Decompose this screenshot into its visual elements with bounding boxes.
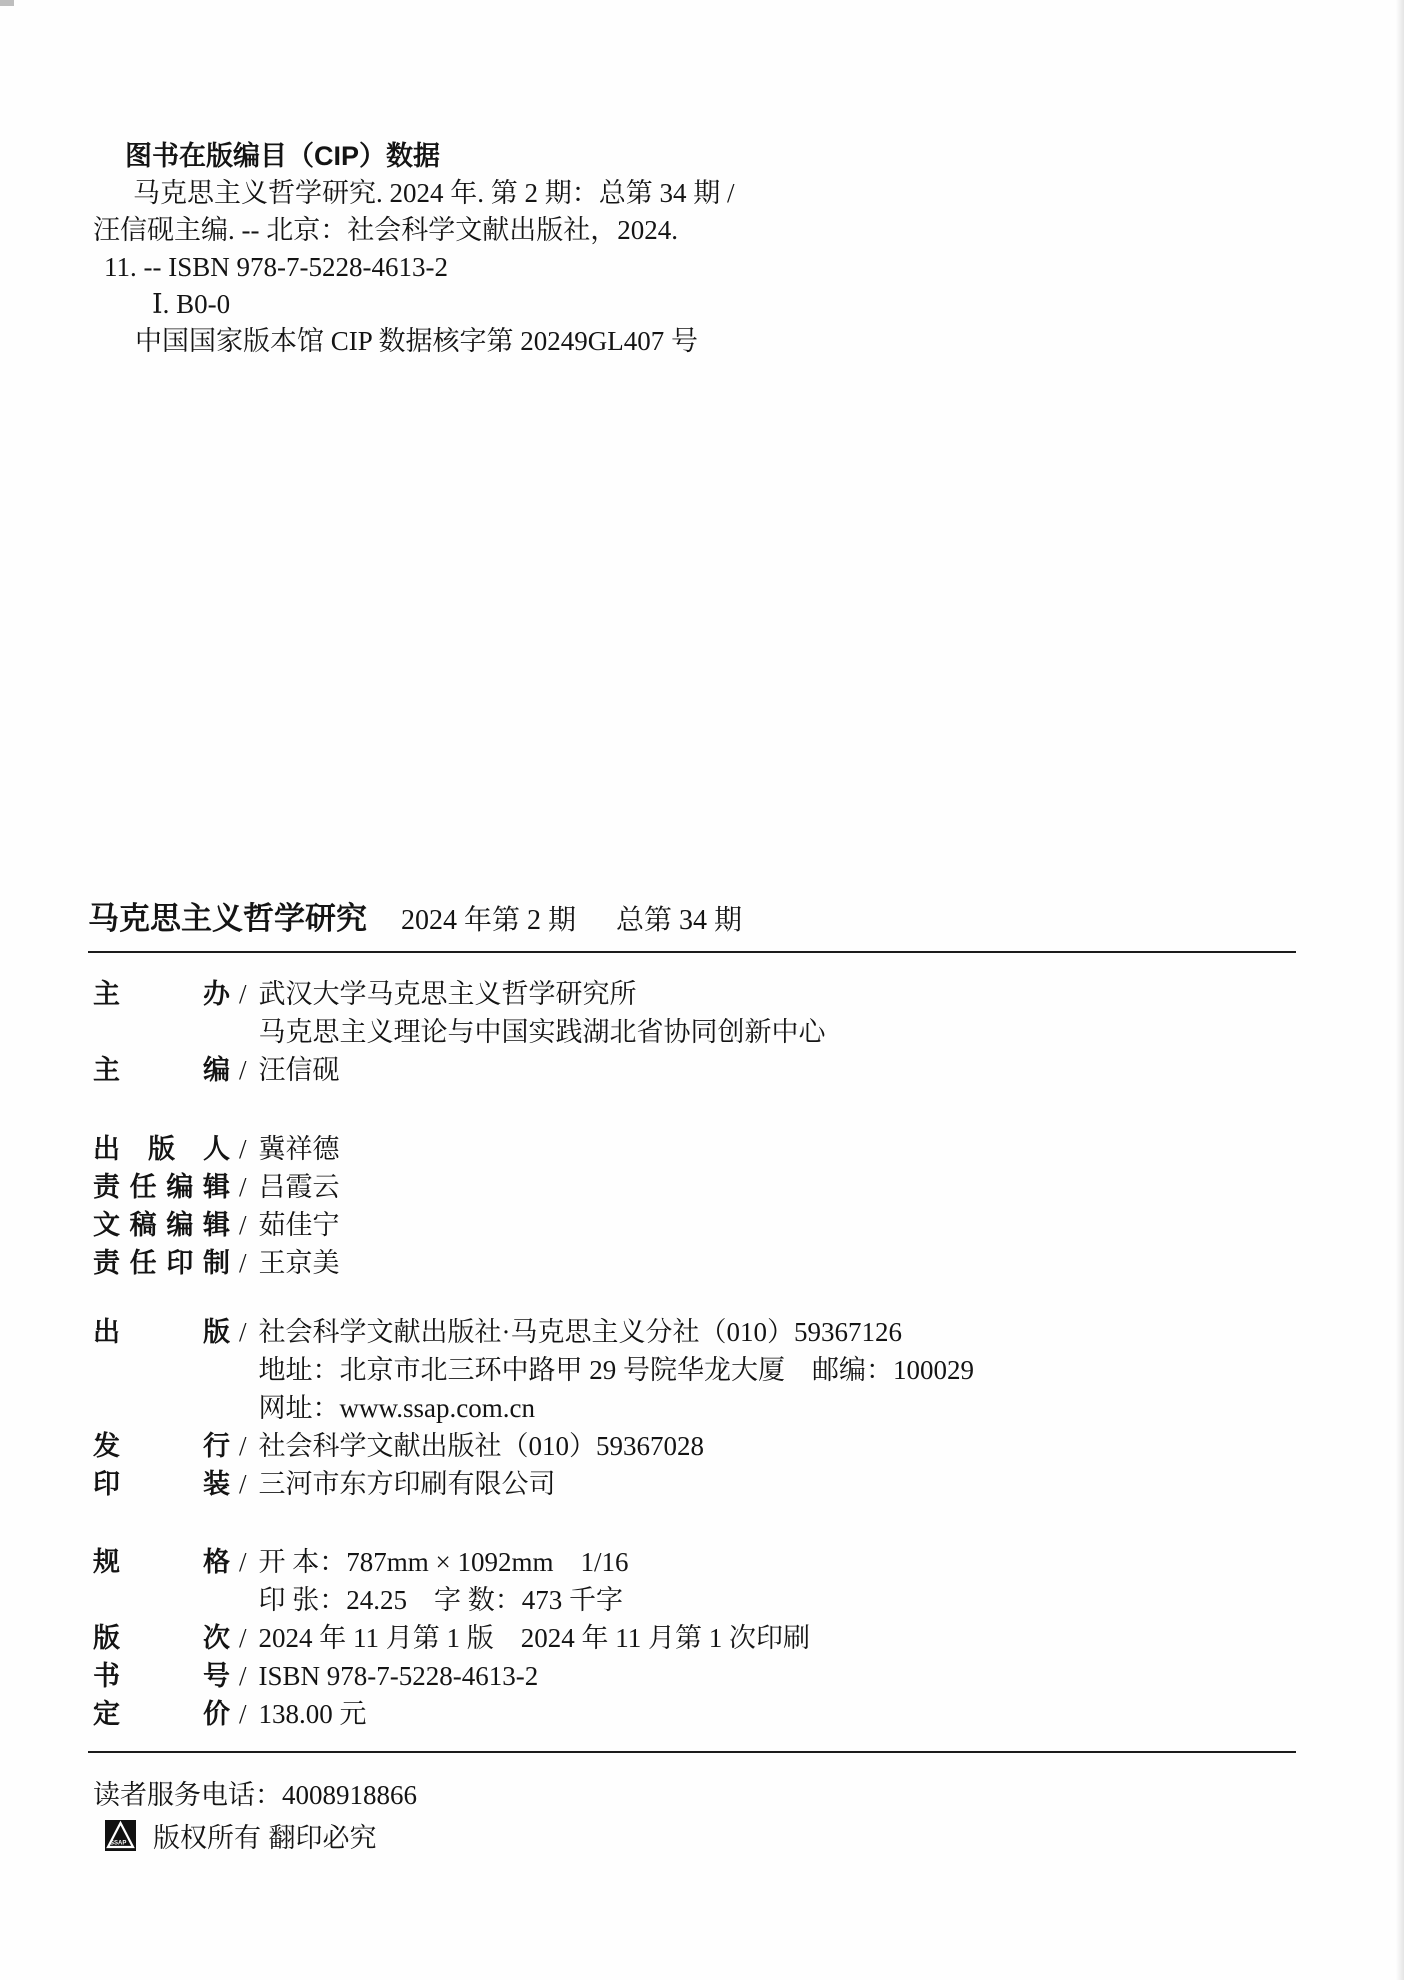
- row-publisher-person: 出版人 / 冀祥德: [93, 1130, 1303, 1168]
- row-price: 定价 / 138.00 元: [93, 1695, 1303, 1733]
- row-content: 吕霞云: [259, 1168, 340, 1206]
- row-label: 定价: [93, 1695, 230, 1733]
- label-separator: /: [239, 1244, 247, 1282]
- cip-title-line: 马克思主义哲学研究. 2024 年. 第 2 期：总第 34 期 /: [0, 175, 1404, 212]
- row-organizer: 主办 / 武汉大学马克思主义哲学研究所 马克思主义理论与中国实践湖北省协同创新中…: [93, 975, 1303, 1051]
- row-content: 三河市东方印刷有限公司: [259, 1465, 556, 1503]
- publisher-person-name: 冀祥德: [259, 1130, 340, 1168]
- publisher-website: 网址：www.ssap.com.cn: [259, 1389, 975, 1427]
- row-label: 主编: [93, 1051, 230, 1089]
- row-label: 版次: [93, 1619, 230, 1657]
- cip-block: 图书在版编目（CIP）数据 马克思主义哲学研究. 2024 年. 第 2 期：总…: [0, 138, 1404, 360]
- copyright-notice: 版权所有 翻印必究: [153, 1816, 377, 1855]
- label-separator: /: [239, 1206, 247, 1244]
- format-sheets-words: 印 张：24.25 字 数：473 千字: [259, 1581, 629, 1619]
- row-content: 开 本：787mm × 1092mm 1/16 印 张：24.25 字 数：47…: [259, 1543, 629, 1619]
- scan-corner-artifact: [0, 0, 14, 6]
- copyright-line: SSAP 版权所有 翻印必究: [105, 1816, 377, 1855]
- colophon-details: 主办 / 武汉大学马克思主义哲学研究所 马克思主义理论与中国实践湖北省协同创新中…: [93, 975, 1303, 1733]
- row-label: 责任印制: [93, 1244, 230, 1282]
- journal-issue: 2024 年第 2 期: [401, 905, 576, 936]
- organizer-line-1: 武汉大学马克思主义哲学研究所: [259, 975, 826, 1013]
- label-separator: /: [239, 1657, 247, 1695]
- row-label: 书号: [93, 1657, 230, 1695]
- cip-heading: 图书在版编目（CIP）数据: [0, 138, 1404, 175]
- label-separator: /: [239, 1130, 247, 1168]
- divider-top: [88, 951, 1296, 953]
- label-separator: /: [239, 1543, 247, 1581]
- row-publisher: 出版 / 社会科学文献出版社·马克思主义分社（010）59367126 地址：北…: [93, 1313, 1303, 1427]
- publisher-address: 地址：北京市北三环中路甲 29 号院华龙大厦 邮编：100029: [259, 1351, 975, 1389]
- cip-record-number-line: 中国国家版本馆 CIP 数据核字第 20249GL407 号: [0, 323, 1404, 360]
- cip-classification-line: Ⅰ. B0-0: [0, 286, 1404, 323]
- row-label: 责任编辑: [93, 1168, 230, 1206]
- publisher-name-phone: 社会科学文献出版社·马克思主义分社（010）59367126: [259, 1313, 975, 1351]
- row-copy-editor: 文稿编辑 / 茹佳宁: [93, 1206, 1303, 1244]
- format-size: 开 本：787mm × 1092mm 1/16: [259, 1543, 629, 1581]
- row-content: 社会科学文献出版社·马克思主义分社（010）59367126 地址：北京市北三环…: [259, 1313, 975, 1427]
- label-separator: /: [239, 1695, 247, 1733]
- isbn-number: ISBN 978-7-5228-4613-2: [259, 1657, 539, 1695]
- price-value: 138.00 元: [259, 1695, 367, 1733]
- journal-volume: 总第 34 期: [616, 905, 742, 936]
- row-print-supervisor: 责任印制 / 王京美: [93, 1244, 1303, 1282]
- print-supervisor-name: 王京美: [259, 1244, 340, 1282]
- row-content: 138.00 元: [259, 1695, 367, 1733]
- row-content: 2024 年 11 月第 1 版 2024 年 11 月第 1 次印刷: [259, 1619, 811, 1657]
- row-content: 社会科学文献出版社（010）59367028: [259, 1427, 705, 1465]
- label-separator: /: [239, 1313, 247, 1351]
- edition-info: 2024 年 11 月第 1 版 2024 年 11 月第 1 次印刷: [259, 1619, 811, 1657]
- responsible-editor-name: 吕霞云: [259, 1168, 340, 1206]
- chief-editor-name: 汪信砚: [259, 1051, 340, 1089]
- row-label: 发行: [93, 1427, 230, 1465]
- colophon-page: { "cip": { "heading": "图书在版编目（CIP）数据", "…: [0, 0, 1404, 1980]
- svg-text:SSAP: SSAP: [110, 1841, 126, 1847]
- label-separator: /: [239, 1427, 247, 1465]
- label-separator: /: [239, 1465, 247, 1503]
- row-label: 文稿编辑: [93, 1206, 230, 1244]
- row-printer: 印装 / 三河市东方印刷有限公司: [93, 1465, 1303, 1503]
- row-content: 冀祥德: [259, 1130, 340, 1168]
- label-separator: /: [239, 1619, 247, 1657]
- row-content: ISBN 978-7-5228-4613-2: [259, 1657, 539, 1695]
- row-format: 规格 / 开 本：787mm × 1092mm 1/16 印 张：24.25 字…: [93, 1543, 1303, 1619]
- row-content: 王京美: [259, 1244, 340, 1282]
- copy-editor-name: 茹佳宁: [259, 1206, 340, 1244]
- label-separator: /: [239, 1051, 247, 1089]
- row-content: 茹佳宁: [259, 1206, 340, 1244]
- row-content: 武汉大学马克思主义哲学研究所 马克思主义理论与中国实践湖北省协同创新中心: [259, 975, 826, 1051]
- ssap-publisher-logo-icon: SSAP: [105, 1820, 136, 1851]
- organizer-line-2: 马克思主义理论与中国实践湖北省协同创新中心: [259, 1013, 826, 1051]
- row-chief-editor: 主编 / 汪信砚: [93, 1051, 1303, 1089]
- row-edition: 版次 / 2024 年 11 月第 1 版 2024 年 11 月第 1 次印刷: [93, 1619, 1303, 1657]
- printer-name: 三河市东方印刷有限公司: [259, 1465, 556, 1503]
- row-label: 出版: [93, 1313, 230, 1351]
- row-distributor: 发行 / 社会科学文献出版社（010）59367028: [93, 1427, 1303, 1465]
- cip-isbn-line: 11. -- ISBN 978-7-5228-4613-2: [0, 249, 1404, 286]
- row-label: 主办: [93, 975, 230, 1013]
- label-separator: /: [239, 975, 247, 1013]
- row-content: 汪信砚: [259, 1051, 340, 1089]
- row-label: 出版人: [93, 1130, 230, 1168]
- distributor-name-phone: 社会科学文献出版社（010）59367028: [259, 1427, 705, 1465]
- divider-bottom: [88, 1751, 1296, 1753]
- journal-title: 马克思主义哲学研究: [88, 901, 367, 936]
- masthead: 马克思主义哲学研究2024 年第 2 期总第 34 期: [88, 893, 742, 938]
- row-isbn: 书号 / ISBN 978-7-5228-4613-2: [93, 1657, 1303, 1695]
- row-label: 印装: [93, 1465, 230, 1503]
- row-label: 规格: [93, 1543, 230, 1581]
- cip-editor-line: 汪信砚主编. -- 北京：社会科学文献出版社，2024.: [0, 212, 1404, 249]
- reader-service-phone: 读者服务电话：4008918866: [93, 1777, 417, 1813]
- label-separator: /: [239, 1168, 247, 1206]
- row-responsible-editor: 责任编辑 / 吕霞云: [93, 1168, 1303, 1206]
